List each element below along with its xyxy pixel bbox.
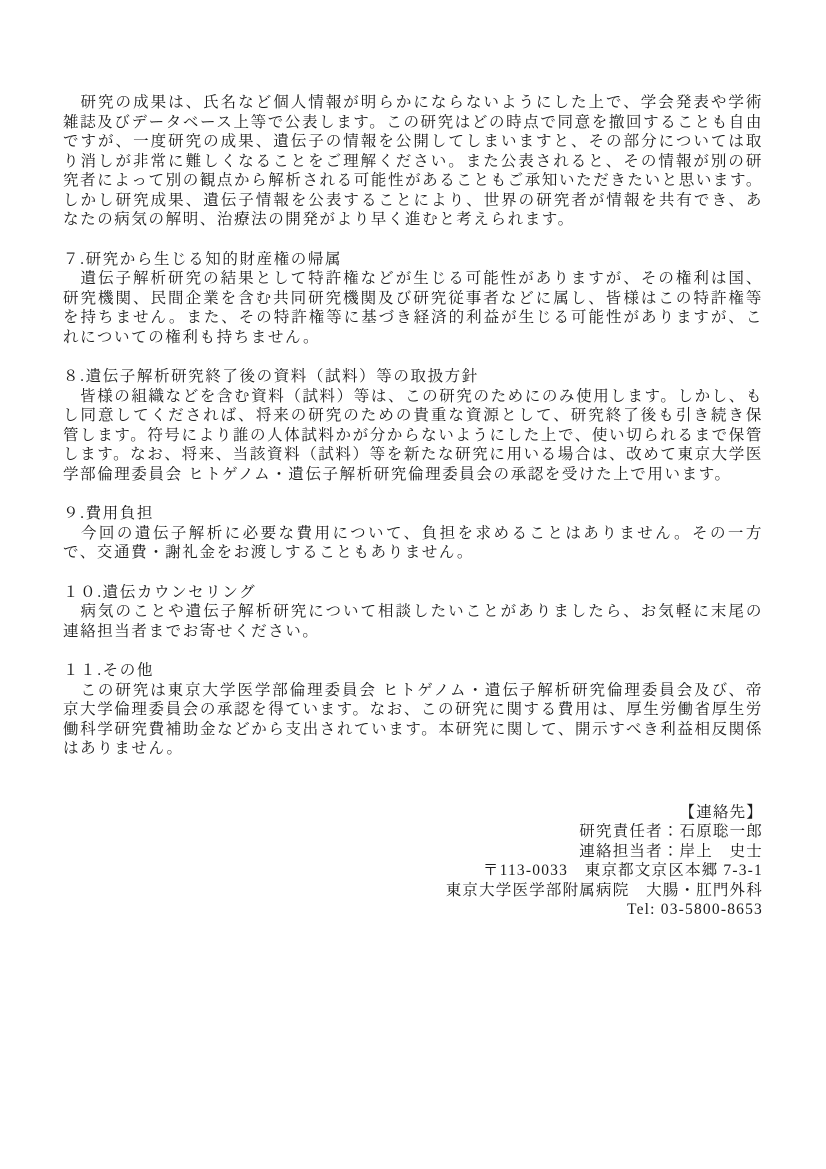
contact-principal-investigator: 研究責任者：石原聡一郎 xyxy=(63,822,763,842)
section-intellectual-property-heading: ７.研究から生じる知的財産権の帰属 xyxy=(63,250,763,270)
contact-liaison: 連絡担当者：岸上 史士 xyxy=(63,842,763,862)
document-page: 研究の成果は、氏名など個人情報が明らかにならないようにした上で、学会発表や学術雑… xyxy=(0,0,826,1169)
contact-phone: Tel: 03-5800-8653 xyxy=(63,900,763,920)
section-other-body: この研究は東京大学医学部倫理委員会 ヒトゲノム・遺伝子解析研究倫理委員会及び、帝… xyxy=(63,681,763,759)
contact-block: 【連絡先】 研究責任者：石原聡一郎 連絡担当者：岸上 史士 〒113-0033 … xyxy=(63,803,763,920)
intro-paragraph: 研究の成果は、氏名など個人情報が明らかにならないようにした上で、学会発表や学術雑… xyxy=(63,93,763,230)
section-intellectual-property: ７.研究から生じる知的財産権の帰属 遺伝子解析研究の結果として特許権などが生じる… xyxy=(63,250,763,348)
section-sample-handling: ８.遺伝子解析研究終了後の資料（試料）等の取扱方針 皆様の組織などを含む資料（試… xyxy=(63,367,763,484)
section-other-heading: １１.その他 xyxy=(63,661,763,681)
contact-postal-address: 〒113-0033 東京都文京区本郷 7-3-1 xyxy=(63,861,763,881)
section-costs-heading: ９.費用負担 xyxy=(63,504,763,524)
section-genetic-counseling-body: 病気のことや遺伝子解析研究について相談したいことがありましたら、お気軽に末尾の連… xyxy=(63,602,763,641)
section-genetic-counseling: １０.遺伝カウンセリング 病気のことや遺伝子解析研究について相談したいことがあり… xyxy=(63,583,763,642)
section-other: １１.その他 この研究は東京大学医学部倫理委員会 ヒトゲノム・遺伝子解析研究倫理… xyxy=(63,661,763,759)
section-costs: ９.費用負担 今回の遺伝子解析に必要な費用について、負担を求めることはありません… xyxy=(63,504,763,563)
contact-hospital-department: 東京大学医学部附属病院 大腸・肛門外科 xyxy=(63,881,763,901)
contact-title: 【連絡先】 xyxy=(63,803,763,823)
section-sample-handling-body: 皆様の組織などを含む資料（試料）等は、この研究のためにのみ使用します。しかし、も… xyxy=(63,387,763,485)
section-genetic-counseling-heading: １０.遺伝カウンセリング xyxy=(63,583,763,603)
section-intellectual-property-body: 遺伝子解析研究の結果として特許権などが生じる可能性がありますが、その権利は国、研… xyxy=(63,269,763,347)
section-costs-body: 今回の遺伝子解析に必要な費用について、負担を求めることはありません。その一方で、… xyxy=(63,524,763,563)
section-sample-handling-heading: ８.遺伝子解析研究終了後の資料（試料）等の取扱方針 xyxy=(63,367,763,387)
